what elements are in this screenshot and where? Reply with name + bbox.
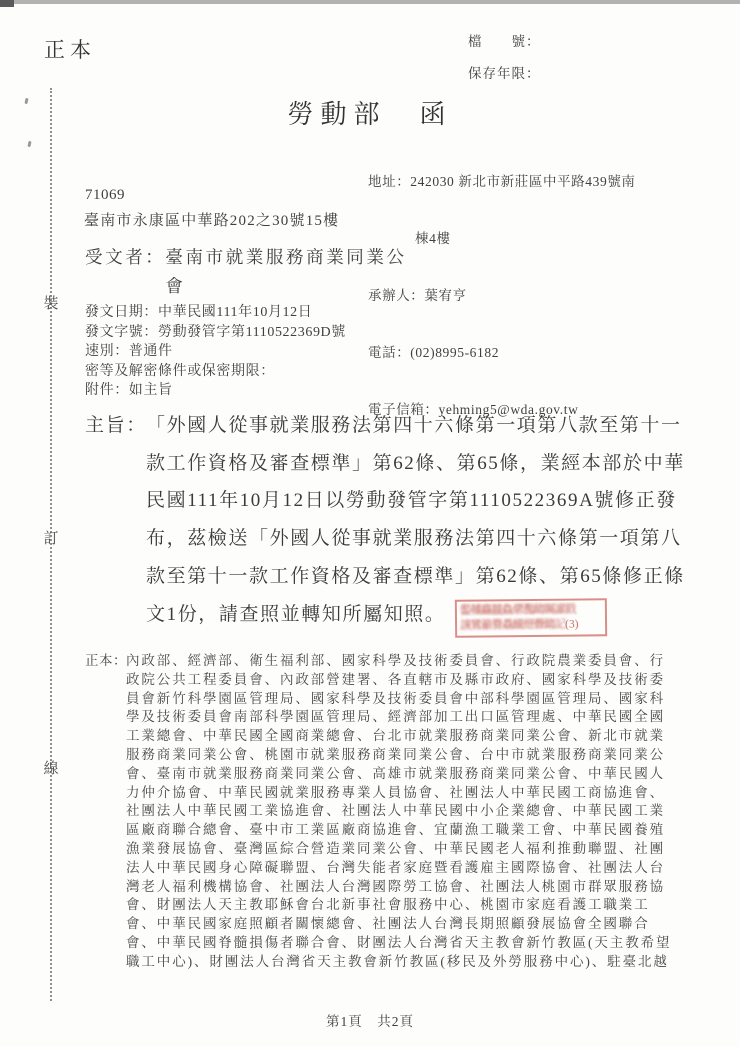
recipient-street-address: 臺南市永康區中華路202之30號15樓 [84,209,339,230]
stamp-text-line1: 齾齉麤龖鱻爩灩齺矚讞戳 [460,602,602,618]
binding-mark-zhuang: 裝 [42,292,60,313]
binding-mark-xian: 線 [42,757,60,778]
recipient-zip-code: 71069 [85,187,125,204]
agency-phone: 電話：(02)8995-6182 [368,343,636,362]
copy-to-label: 正本： [85,652,126,972]
stamp-text-line2: 讜鸞籲爨驫麣纞虋齺記 [460,619,565,632]
page-number-footer: 第1頁 共2頁 [0,1010,740,1030]
document-title: 勞動部 函 [0,94,740,131]
official-document-page: 正本 檔 號： 保存年限： 勞動部 函 地址：242030 新北市新莊區中平路4… [0,0,740,1047]
binding-mark-ding: 訂 [42,527,60,548]
agency-contact-person: 承辦人：葉宥亨 [368,286,636,305]
recipient-name: 臺南市就業服務商業同業公 會 [165,243,406,301]
copy-to-recipient-list: 內政部、經濟部、衛生福利部、國家科學及技術委員會、行政院農業委員會、行 政院公共… [126,652,671,972]
copy-type-label: 正本 [44,34,96,64]
agency-address-line2: 棟4樓 [415,229,636,248]
subject-label: 主旨： [85,407,146,633]
recipient-row: 受文者： 臺南市就業服務商業同業公 會 [85,243,407,301]
copy-to-section: 正本： 內政部、經濟部、衛生福利部、國家科學及技術委員會、行政院農業委員會、行 … [85,652,671,972]
scan-corner-artifact [0,0,14,7]
file-number-label: 檔 號： [468,30,541,50]
retention-period-label: 保存年限： [468,62,541,82]
recipient-label: 受文者： [85,243,165,301]
scan-speck [27,141,31,147]
received-stamp: 齾齉麤龖鱻爩灩齺矚讞戳 讜鸞籲爨驫麣纞虋齺記(3) [455,598,607,638]
scan-edge-artifact [0,0,740,4]
document-meta-block: 發文日期：中華民國111年10月12日 發文字號：勞動發管字第111052236… [85,303,346,401]
agency-address-line1: 地址：242030 新北市新莊區中平路439號南 [368,172,636,191]
stamp-number: (3) [565,619,579,631]
